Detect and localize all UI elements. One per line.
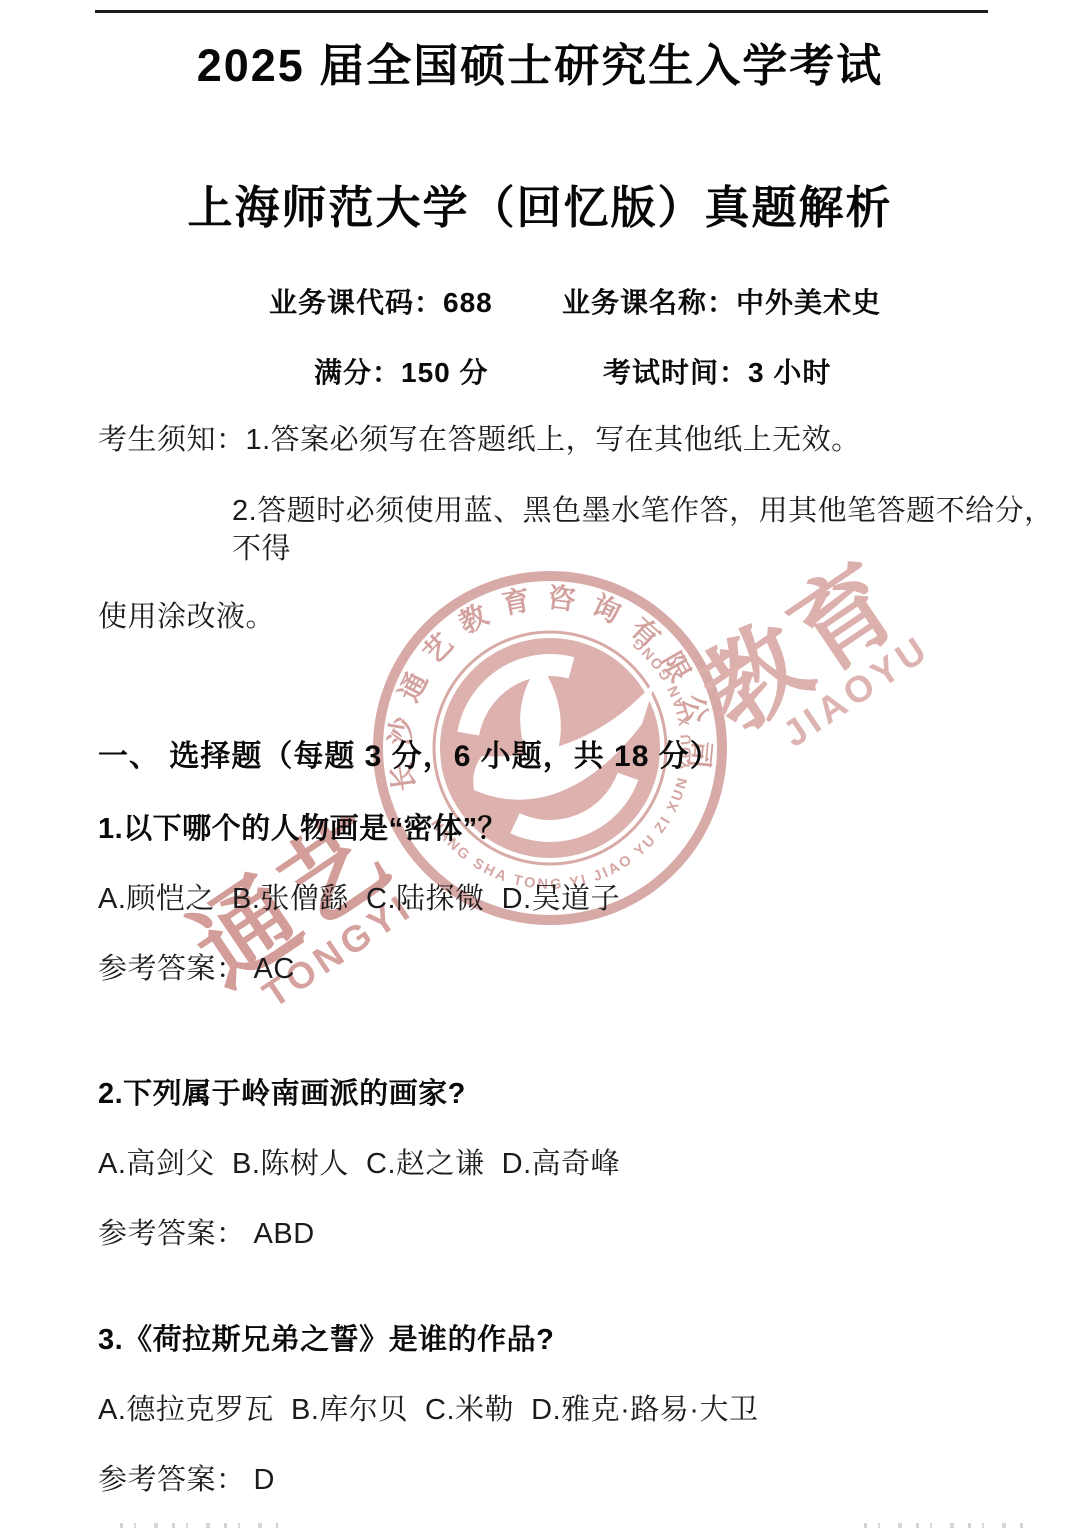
question-1-options: A.顾恺之 B.张僧繇 C.陆探微 D.吴道子 <box>98 880 1080 918</box>
question-3-answer: 参考答案：D <box>98 1461 1080 1499</box>
notice-line-3: 使用涂改液。 <box>98 598 1080 636</box>
question-3-options: A.德拉克罗瓦 B.库尔贝 C.米勒 D.雅克·路易·大卫 <box>98 1391 1080 1429</box>
exam-title-line2: 上海师范大学（回忆版）真题解析 <box>0 182 1080 234</box>
document-content: 2025 届全国硕士研究生入学考试 上海师范大学（回忆版）真题解析 业务课代码：… <box>0 10 1080 1499</box>
exam-title-line1: 2025 届全国硕士研究生入学考试 <box>0 40 1080 92</box>
section-heading: 一、 选择题（每题 3 分，6 小题，共 18 分） <box>98 738 1080 776</box>
question-2-title: 2.下列属于岭南画派的画家? <box>98 1075 1080 1113</box>
answer-label: 参考答案： <box>98 1464 246 1496</box>
question-3-title: 3.《荷拉斯兄弟之誓》是谁的作品? <box>98 1321 1080 1359</box>
exam-meta: 业务课代码：688 业务课名称：中外美术史 满分：150 分 考试时间：3 小时 <box>0 281 1080 385</box>
question-2-answer: 参考答案：ABD <box>98 1215 1080 1253</box>
question-1-title: 1.以下哪个的人物画是“密体”？ <box>98 810 1080 848</box>
footer-cutoff-text-right <box>864 1523 1032 1528</box>
notice-line-1: 考生须知：1.答案必须写在答题纸上，写在其他纸上无效。 <box>98 421 1080 459</box>
notice-line-2: 2.答题时必须使用蓝、黑色墨水笔作答，用其他笔答题不给分，不得 <box>232 492 1080 568</box>
exam-document-page: 长沙通艺教育咨询有限公司 CHANG SHA TONG YI JIAO YU Z… <box>0 0 1080 1528</box>
exam-duration: 考试时间：3 小时 <box>603 351 831 391</box>
answer-value: AC <box>254 953 295 985</box>
top-rule <box>95 10 988 13</box>
answer-value: ABD <box>254 1218 315 1250</box>
question-1-answer: 参考答案：AC <box>98 950 1080 988</box>
course-name: 业务课名称：中外美术史 <box>562 281 881 321</box>
answer-value: D <box>254 1464 275 1496</box>
footer-cutoff-text-left <box>120 1523 278 1528</box>
full-score: 满分：150 分 <box>314 351 489 391</box>
answer-label: 参考答案： <box>98 1218 246 1250</box>
question-2-options: A.高剑父 B.陈树人 C.赵之谦 D.高奇峰 <box>98 1145 1080 1183</box>
answer-label: 参考答案： <box>98 953 246 985</box>
course-code: 业务课代码：688 <box>269 281 493 321</box>
